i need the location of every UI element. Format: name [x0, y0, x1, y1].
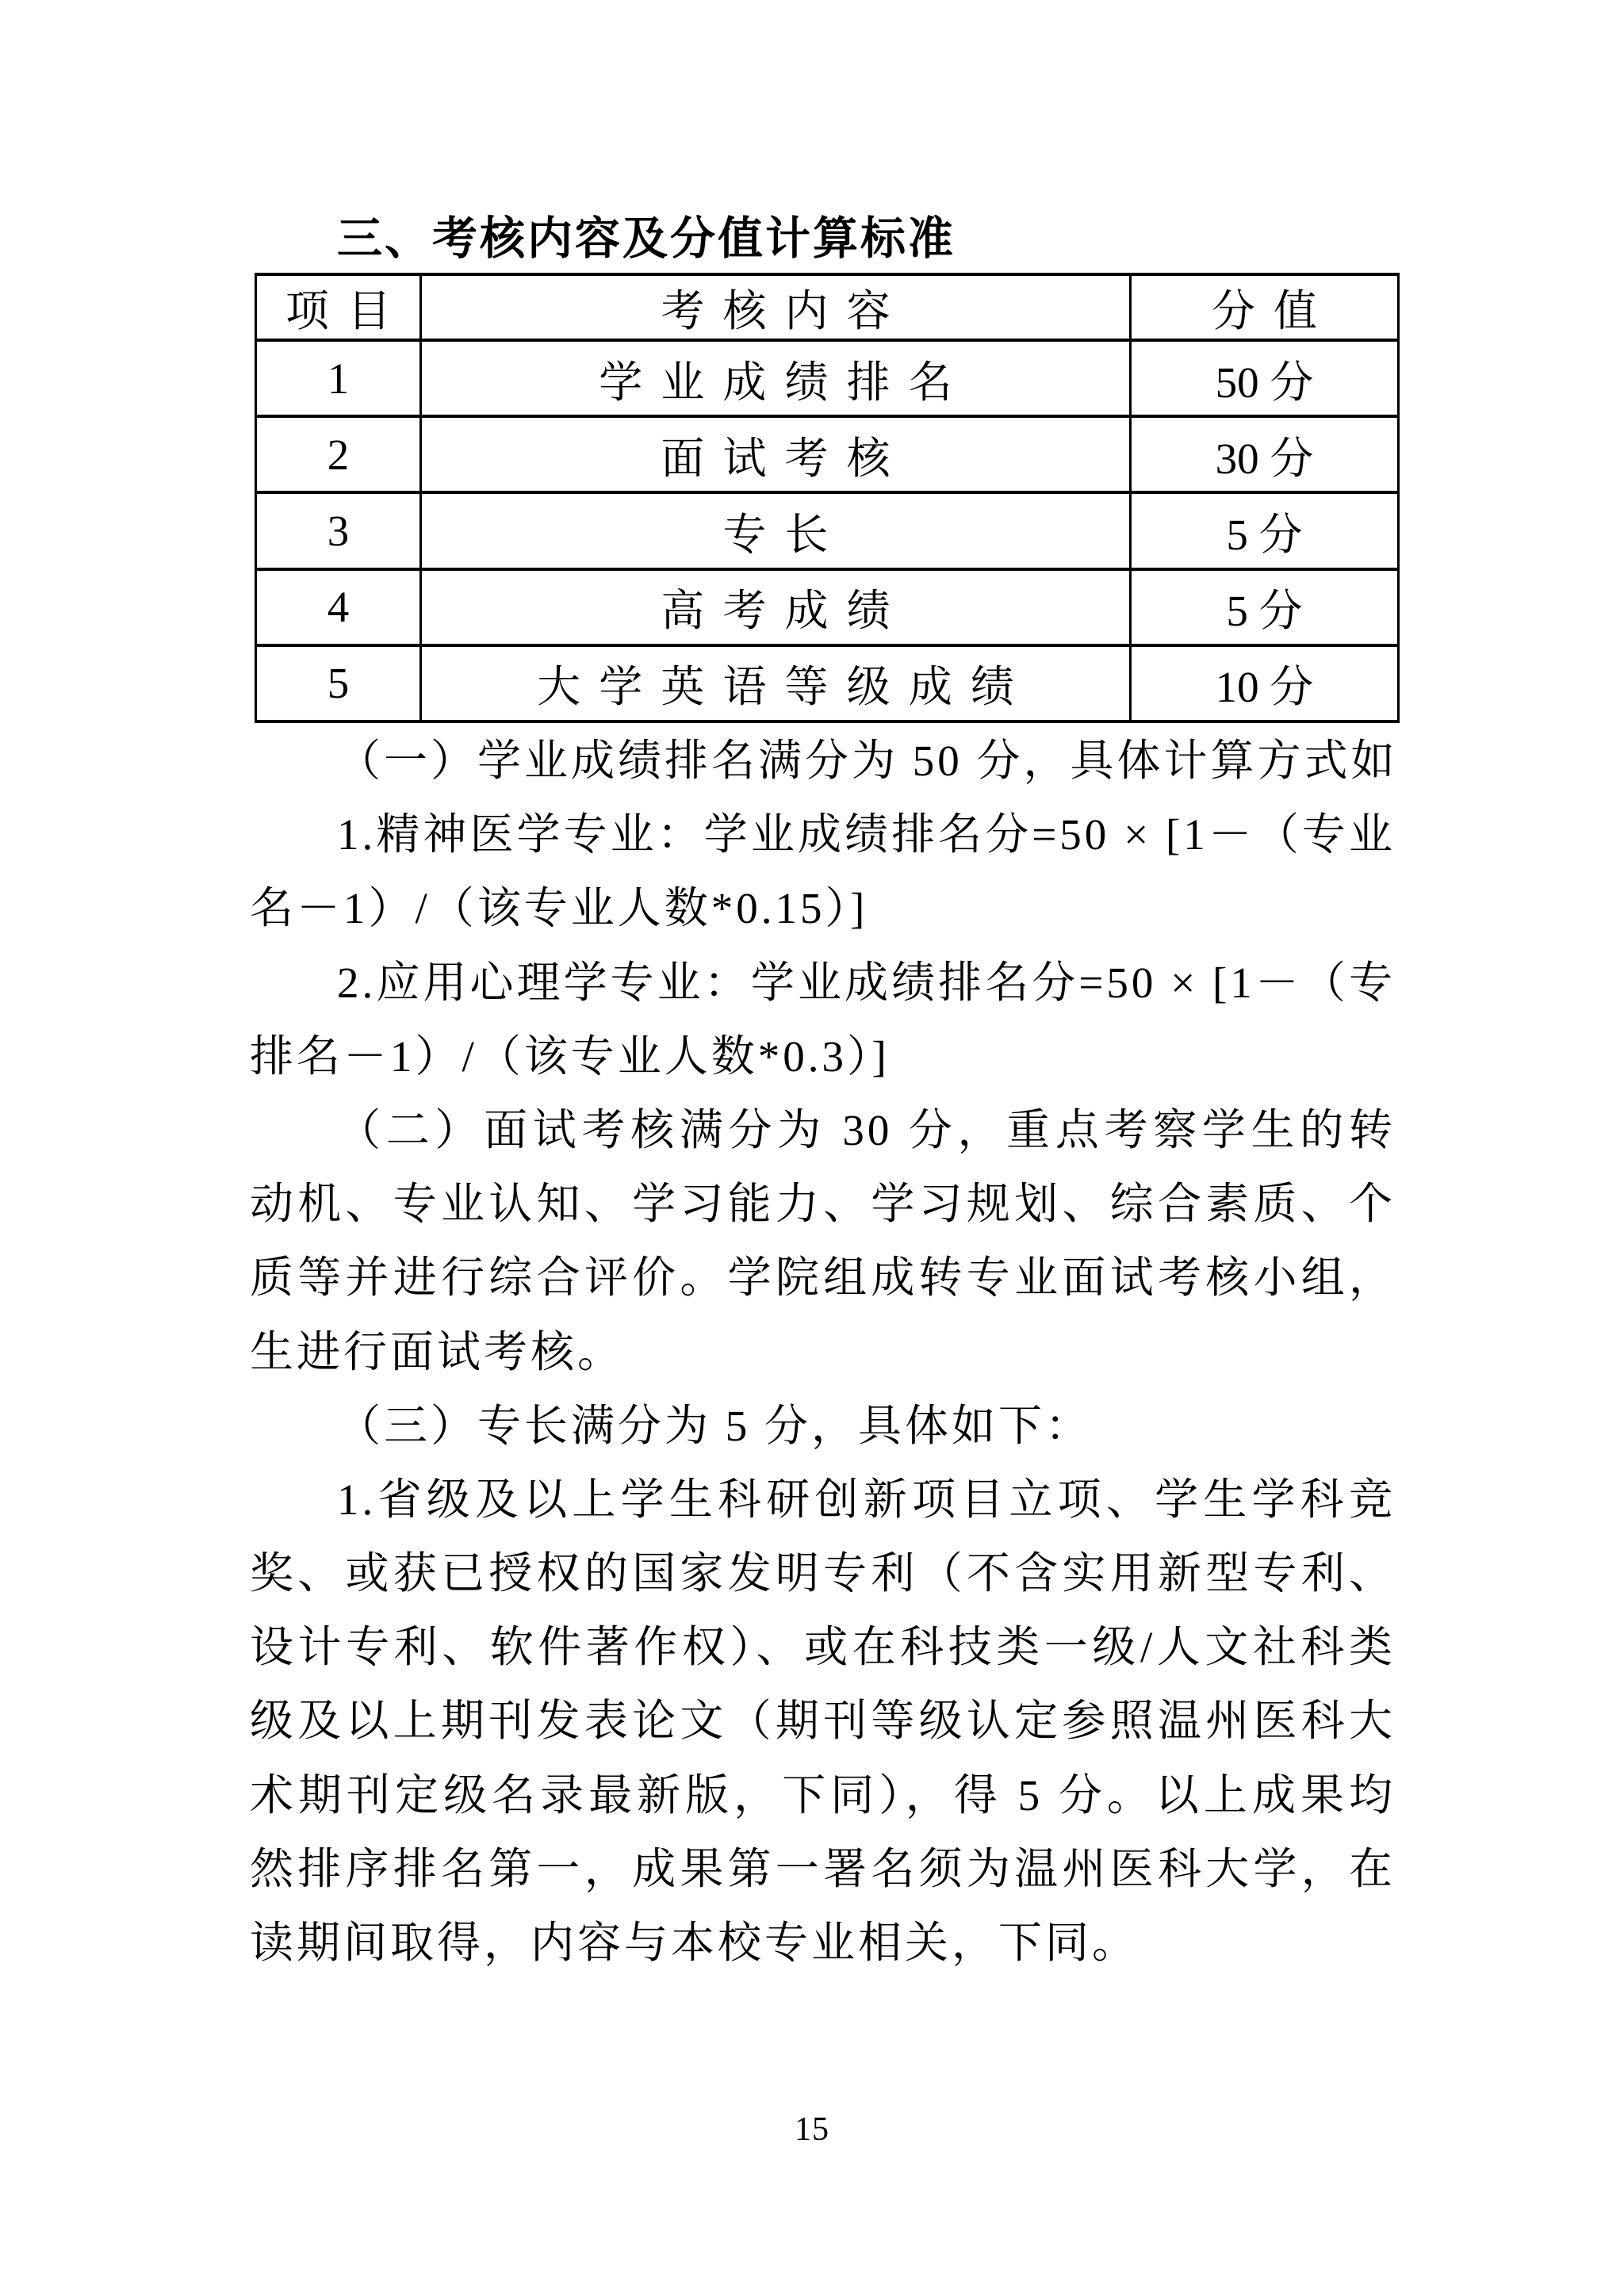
paragraph-line: 生进行面试考核。	[250, 1315, 1396, 1389]
cell-item-no: 4	[256, 569, 421, 645]
cell-content: 高考成绩	[421, 569, 1131, 645]
table-row: 4 高考成绩 5 分	[256, 569, 1399, 645]
header-cell-content: 考核内容	[421, 274, 1131, 340]
cell-item-no: 2	[256, 416, 421, 492]
cell-content: 专长	[421, 492, 1131, 568]
paragraph-line: 奖、或获已授权的国家发明专利（不含实用新型专利、外观	[250, 1536, 1396, 1610]
paragraph-line: 设计专利、软件著作权）、或在科技类一级/人文社科类 2A	[250, 1610, 1396, 1684]
table-row: 2 面试考核 30 分	[256, 416, 1399, 492]
paragraph-line: 排名－1）/（该专业人数*0.3）]	[250, 1020, 1396, 1093]
table-row: 5 大学英语等级成绩 10 分	[256, 645, 1399, 721]
paragraph-line: 名－1）/（该专业人数*0.15）]	[250, 871, 1396, 945]
document-page: 三、考核内容及分值计算标准 项目 考核内容 分值 1 学业成绩排名 50 分 2…	[0, 0, 1624, 2296]
cell-content: 面试考核	[421, 416, 1131, 492]
header-cell-item: 项目	[256, 274, 421, 340]
paragraph-line: 1.精神医学专业：学业成绩排名分=50 × [1－（专业排	[250, 798, 1396, 871]
cell-item-no: 5	[256, 645, 421, 721]
cell-score: 50 分	[1131, 340, 1399, 416]
cell-score: 5 分	[1131, 492, 1399, 568]
cell-item-no: 3	[256, 492, 421, 568]
page-number: 15	[0, 2110, 1624, 2149]
paragraph-line: （三）专长满分为 5 分，具体如下：	[250, 1389, 1396, 1463]
paragraph-line: 级及以上期刊发表论文（期刊等级认定参照温州医科大学学	[250, 1684, 1396, 1758]
paragraph-line: （二）面试考核满分为 30 分，重点考察学生的转专业	[250, 1093, 1396, 1167]
cell-item-no: 1	[256, 340, 421, 416]
paragraph-line: （一）学业成绩排名满分为 50 分，具体计算方式如下：	[250, 724, 1396, 798]
paragraph-line: 读期间取得，内容与本校专业相关，下同。	[250, 1906, 1396, 1980]
paragraph-line: 2.应用心理学专业：学业成绩排名分=50 × [1－（专业	[250, 946, 1396, 1020]
header-cell-score: 分值	[1131, 274, 1399, 340]
paragraph-line: 动机、专业认知、学习能力、学习规划、综合素质、个性特	[250, 1167, 1396, 1241]
paragraph-line: 术期刊定级名录最新版，下同），得 5 分。以上成果均须自	[250, 1758, 1396, 1832]
section-title: 三、考核内容及分值计算标准	[250, 205, 1483, 273]
cell-score: 10 分	[1131, 645, 1399, 721]
body-text: （一）学业成绩排名满分为 50 分，具体计算方式如下： 1.精神医学专业：学业成…	[250, 724, 1396, 1980]
paragraph-line: 1.省级及以上学生科研创新项目立项、学生学科竞赛获	[250, 1463, 1396, 1536]
table-header-row: 项目 考核内容 分值	[256, 274, 1399, 340]
score-table: 项目 考核内容 分值 1 学业成绩排名 50 分 2 面试考核 30 分 3 专…	[255, 273, 1400, 723]
table-row: 3 专长 5 分	[256, 492, 1399, 568]
cell-score: 30 分	[1131, 416, 1399, 492]
cell-content: 大学英语等级成绩	[421, 645, 1131, 721]
cell-content: 学业成绩排名	[421, 340, 1131, 416]
table-row: 1 学业成绩排名 50 分	[256, 340, 1399, 416]
cell-score: 5 分	[1131, 569, 1399, 645]
paragraph-line: 质等并进行综合评价。学院组成转专业面试考核小组，对学	[250, 1241, 1396, 1314]
paragraph-line: 然排序排名第一，成果第一署名须为温州医科大学，在校修	[250, 1832, 1396, 1906]
